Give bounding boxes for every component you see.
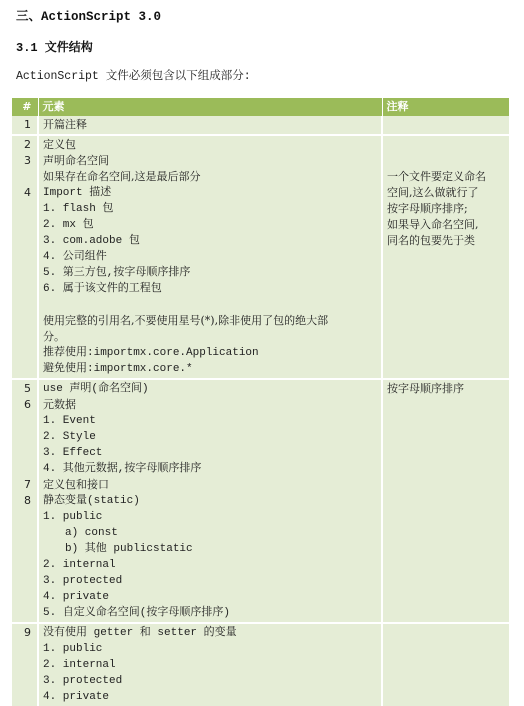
row-number — [16, 461, 31, 477]
note-cell — [382, 116, 509, 135]
note-line: 同名的包要先于类 — [387, 233, 505, 249]
note-line: 按字母顺序排序; — [387, 201, 505, 217]
element-line: 定义包 — [43, 137, 377, 153]
note-cell — [382, 623, 509, 706]
element-line: a) const — [43, 525, 377, 541]
element-line: 2. Style — [43, 429, 377, 445]
element-line: use 声明(命名空间) — [43, 381, 377, 397]
element-line: 推荐使用:importmx.core.Application — [43, 345, 377, 361]
element-line: 4. 其他元数据,按字母顺序排序 — [43, 461, 377, 477]
element-line: 6. 属于该文件的工程包 — [43, 281, 377, 297]
element-line: 1. Event — [43, 413, 377, 429]
section-heading: 三、ActionScript 3.0 — [16, 6, 161, 24]
row-number — [16, 413, 31, 429]
subsection-heading: 3.1 文件结构 — [16, 38, 93, 55]
element-line: 5. 自定义命名空间(按字母顺序排序) — [43, 605, 377, 621]
element-line: 4. private — [43, 689, 377, 705]
element-cell: use 声明(命名空间) 元数据 1. Event 2. Style 3. Ef… — [38, 379, 382, 623]
note-line — [387, 137, 505, 153]
note-line: 空间,这么做就行了 — [387, 185, 505, 201]
table-row: 1 开篇注释 — [12, 116, 509, 135]
row-number: 4 — [16, 185, 31, 201]
row-number — [16, 445, 31, 461]
row-number: 8 — [16, 493, 31, 509]
row-numbers: 5 6 7 8 — [12, 379, 38, 623]
element-line: 使用完整的引用名,不要使用星号(*),除非使用了包的绝大部 — [43, 313, 377, 329]
element-line: 1. flash 包 — [43, 201, 377, 217]
element-line: 元数据 — [43, 397, 377, 413]
row-number: 6 — [16, 397, 31, 413]
note-line: 如果导入命名空间, — [387, 217, 505, 233]
element-line: 1. public — [43, 509, 377, 525]
column-header-num: # — [12, 98, 38, 116]
row-number: 7 — [16, 477, 31, 493]
table-row: 2 3 4 定义包 声明命名空间 如果存在命名空间,这是最后部分 Import … — [12, 135, 509, 379]
note-line: 一个文件要定义命名 — [387, 169, 505, 185]
element-line: 2. internal — [43, 657, 377, 673]
element-line: 1. public — [43, 641, 377, 657]
element-line: 2. mx 包 — [43, 217, 377, 233]
element-line: 开篇注释 — [43, 117, 377, 133]
element-line: 分。 — [43, 329, 377, 345]
row-number — [16, 429, 31, 445]
element-line: 4. private — [43, 589, 377, 605]
table-row: 5 6 7 8 use 声明(命名空间) 元数据 1. Event 2. Sty… — [12, 379, 509, 623]
element-cell: 定义包 声明命名空间 如果存在命名空间,这是最后部分 Import 描述 1. … — [38, 135, 382, 379]
note-cell: 按字母顺序排序 — [382, 379, 509, 623]
column-header-note: 注释 — [382, 98, 509, 116]
row-number: 5 — [16, 381, 31, 397]
note-line: 按字母顺序排序 — [387, 381, 505, 397]
row-numbers: 2 3 4 — [12, 135, 38, 379]
row-numbers: 9 — [12, 623, 38, 706]
element-line: 3. Effect — [43, 445, 377, 461]
element-line: 静态变量(static) — [43, 493, 377, 509]
table-header-row: # 元素 注释 — [12, 98, 509, 116]
element-line: 3. protected — [43, 673, 377, 689]
table-row: 9 没有使用 getter 和 setter 的变量 1. public 2. … — [12, 623, 509, 706]
note-line — [387, 153, 505, 169]
file-structure-table: # 元素 注释 1 开篇注释 2 3 4 定义包 声明命名空 — [12, 98, 509, 706]
element-line: 如果存在命名空间,这是最后部分 — [43, 169, 377, 185]
element-line: 3. com.adobe 包 — [43, 233, 377, 249]
row-number: 9 — [16, 625, 31, 641]
element-line: 没有使用 getter 和 setter 的变量 — [43, 625, 377, 641]
note-cell: 一个文件要定义命名 空间,这么做就行了 按字母顺序排序; 如果导入命名空间, 同… — [382, 135, 509, 379]
row-number: 3 — [16, 153, 31, 169]
intro-text: ActionScript 文件必须包含以下组成部分: — [16, 67, 251, 83]
element-line: b) 其他 publicstatic — [43, 541, 377, 557]
element-line: 定义包和接口 — [43, 477, 377, 493]
element-cell: 没有使用 getter 和 setter 的变量 1. public 2. in… — [38, 623, 382, 706]
row-number — [16, 169, 31, 185]
row-number: 2 — [16, 137, 31, 153]
element-line-blank — [43, 297, 377, 313]
row-number: 1 — [16, 117, 31, 133]
element-cell: 开篇注释 — [38, 116, 382, 135]
element-line: 5. 第三方包,按字母顺序排序 — [43, 265, 377, 281]
element-line: 3. protected — [43, 573, 377, 589]
element-line: 声明命名空间 — [43, 153, 377, 169]
element-line: 避免使用:importmx.core.* — [43, 361, 377, 377]
element-line: 4. 公司组件 — [43, 249, 377, 265]
row-numbers: 1 — [12, 116, 38, 135]
column-header-element: 元素 — [38, 98, 382, 116]
element-line: 2. internal — [43, 557, 377, 573]
element-line: Import 描述 — [43, 185, 377, 201]
